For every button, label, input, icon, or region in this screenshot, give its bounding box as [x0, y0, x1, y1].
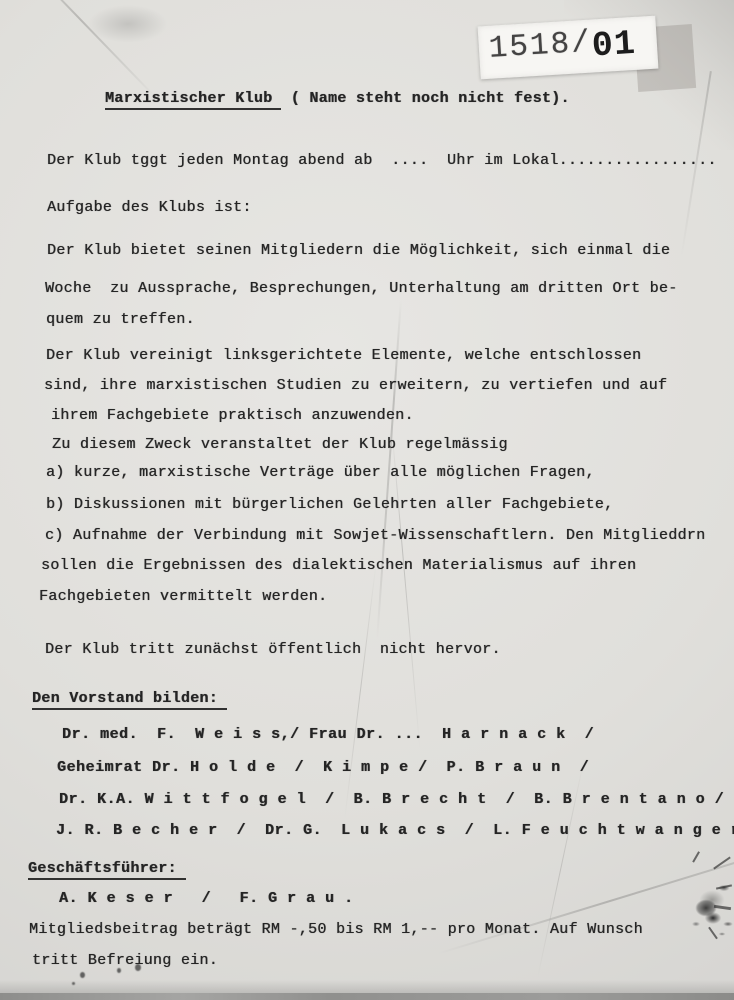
ink-dot [117, 968, 121, 973]
ink-dot [80, 972, 85, 978]
gf-members-line: A. K e s e r / F. G r a u . [59, 890, 354, 908]
task-heading: Aufgabe des Klubs ist: [47, 199, 252, 217]
list-item-b: b) Diskussionen mit bürgerlichen Gelehrt… [46, 496, 613, 514]
vorstand-heading-line: Den Vorstand bilden: [32, 690, 227, 708]
public-line: Der Klub tritt zunächst öffentlich nicht… [45, 641, 501, 659]
list-item-c-cont: sollen die Ergebnissen des dialektischen… [41, 557, 636, 575]
archive-number-prefix: 1518/ [488, 26, 593, 67]
paper-crease [344, 561, 377, 819]
paragraph-line: quem zu treffen. [46, 311, 195, 329]
list-item-a: a) kurze, marxistische Verträge über all… [46, 464, 595, 482]
ink-dot [135, 964, 141, 971]
scan-edge [0, 993, 734, 1000]
document-title: Marxistischer Klub [105, 90, 281, 110]
paragraph-line: Woche zu Aussprache, Besprechungen, Unte… [45, 280, 678, 298]
meeting-line: Der Klub tggt jeden Montag abend ab ....… [47, 152, 717, 170]
archive-number-label: 1518/01 [478, 16, 659, 80]
gf-heading: Geschäftsführer: [28, 860, 186, 880]
fee-line: Mitgliedsbeitrag beträgt RM -,50 bis RM … [29, 921, 643, 939]
document-title-note: ( Name steht noch nicht fest). [281, 90, 569, 107]
ink-streak [713, 856, 731, 869]
vorstand-members-line: Dr. K.A. W i t t f o g e l / B. B r e c … [59, 791, 724, 809]
paper-smudge [88, 5, 168, 43]
archive-number-suffix: 01 [591, 24, 637, 67]
vorstand-members-line: Dr. med. F. W e i s s,/ Frau Dr. ... H a… [62, 726, 594, 744]
paragraph-line: Zu diesem Zweck veranstaltet der Klub re… [52, 436, 508, 454]
fee-line: tritt Befreiung ein. [32, 952, 218, 970]
vorstand-members-line: Geheimrat Dr. H o l d e / K i m p e / P.… [57, 759, 589, 777]
document-title-line: Marxistischer Klub ( Name steht noch nic… [105, 90, 570, 108]
vorstand-heading: Den Vorstand bilden: [32, 690, 227, 710]
paragraph-line: Der Klub bietet seinen Mitgliedern die M… [47, 242, 670, 260]
ink-streak [692, 851, 700, 862]
list-item-c: c) Aufnahme der Verbindung mit Sowjet-Wi… [45, 527, 705, 545]
list-item-c-cont: Fachgebieten vermittelt werden. [39, 588, 327, 606]
paragraph-line: Der Klub vereinigt linksgerichtete Eleme… [46, 347, 641, 365]
archive-number: 1518/01 [488, 19, 637, 68]
vorstand-members-line: J. R. B e c h e r / Dr. G. L u k a c s /… [56, 822, 734, 840]
gf-heading-line: Geschäftsführer: [28, 860, 186, 878]
scanned-document-page: 1518/01 Marxistischer Klub ( Name steht … [0, 0, 734, 1000]
scan-edge-shadow [0, 980, 734, 994]
paragraph-line: ihrem Fachgebiete praktisch anzuwenden. [51, 407, 414, 425]
paragraph-line: sind, ihre marxistischen Studien zu erwe… [44, 377, 667, 395]
